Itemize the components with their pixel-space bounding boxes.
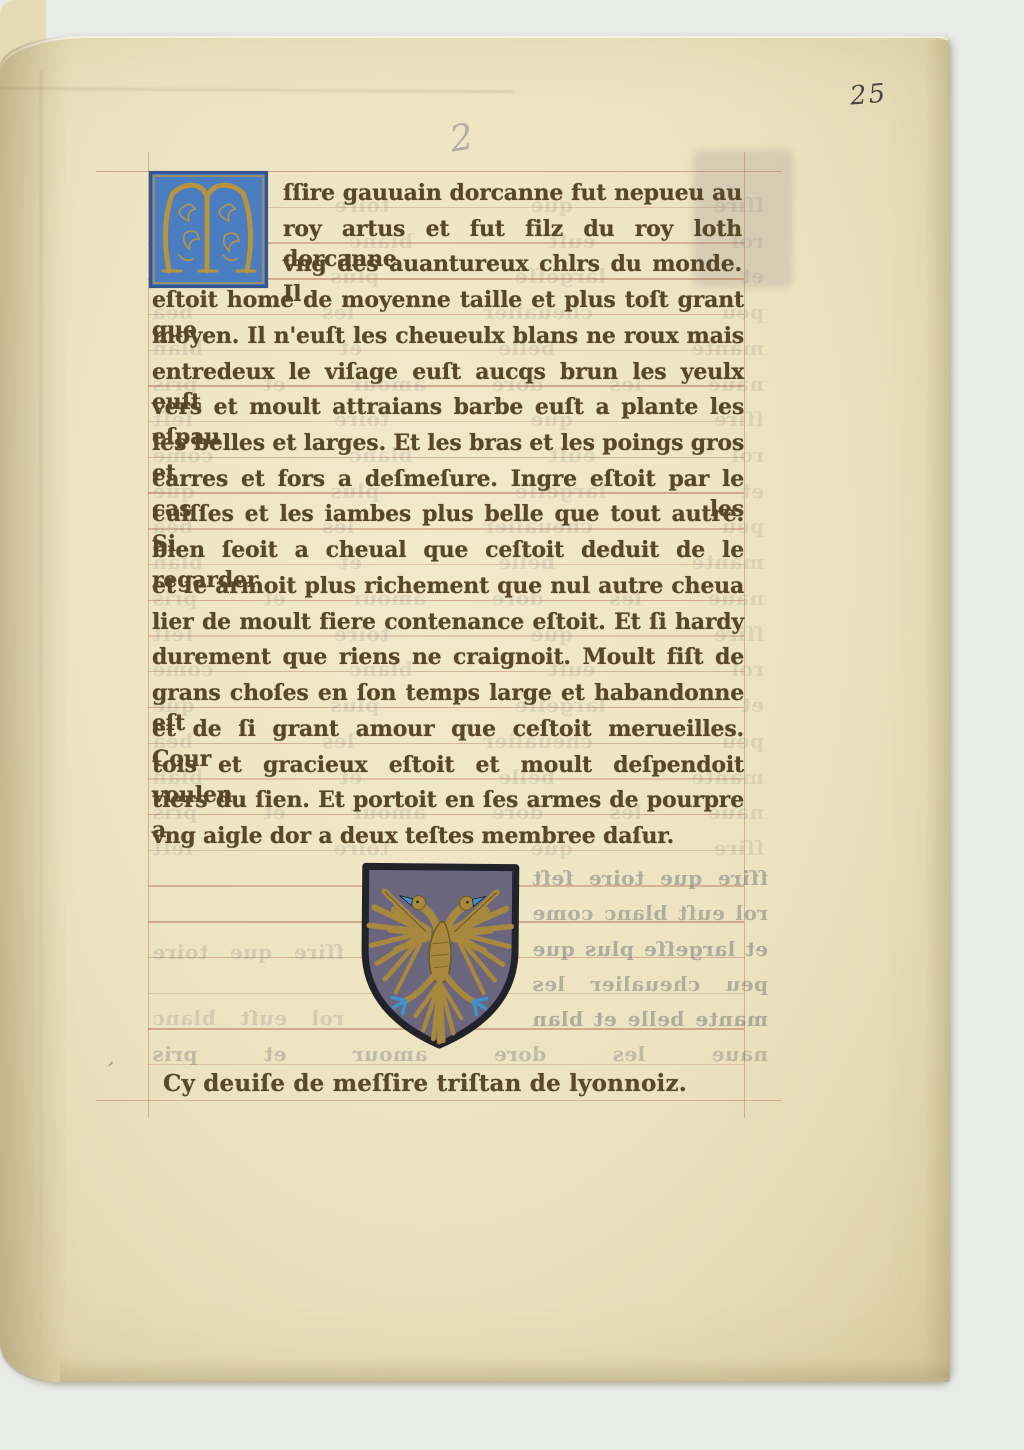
fold-line <box>40 70 42 1360</box>
eagle-head-left <box>411 896 425 910</box>
page-edge-right <box>916 40 950 1378</box>
bleedthrough-text: mante belle et blan <box>532 1007 768 1033</box>
ruling-line <box>96 1100 782 1101</box>
manuscript-text-line: et ſe armoit plus richement que nul autr… <box>152 571 744 601</box>
folio-number: 25 <box>849 78 889 111</box>
bleedthrough-text: rol euſt blanc come <box>152 1006 344 1032</box>
scan-canvas: ſſire que toire ſeſtrol euſt blanc comee… <box>0 0 1024 1450</box>
rubric-caption: Cy deuiſe de meſſire triſtan de lyonnoiz… <box>163 1070 687 1097</box>
ruling-line-vertical <box>148 152 149 1118</box>
bleedthrough-text: ſſire que toire ſeſt <box>152 940 344 966</box>
illuminated-initial-M <box>149 171 268 288</box>
manuscript-text-line: vng aigle dor a deux teſtes membree daſu… <box>152 821 744 851</box>
bleedthrough-text: ſſire que toire ſeſt <box>532 866 768 892</box>
page-edge-bottom <box>60 1352 950 1382</box>
manuscript-text-line: moyen. Il n'euſt les cheueulx blans ne r… <box>152 321 744 351</box>
bleedthrough-text: rol euſt blanc come <box>532 901 768 927</box>
coat-of-arms-shield <box>355 857 525 1056</box>
manuscript-text-line: lier de moult fiere contenance eſtoit. E… <box>152 607 744 637</box>
bleedthrough-text: et largeſſe plus que <box>532 937 768 963</box>
manuscript-text-line: durement que riens ne craignoit. Moult f… <box>152 642 744 672</box>
manuscript-text-line: ſſire gauuain dorcanne fut nepueu au <box>283 178 742 208</box>
bleedthrough-text: peu cheualier les bea <box>532 972 768 998</box>
eagle-head-right <box>459 896 473 910</box>
